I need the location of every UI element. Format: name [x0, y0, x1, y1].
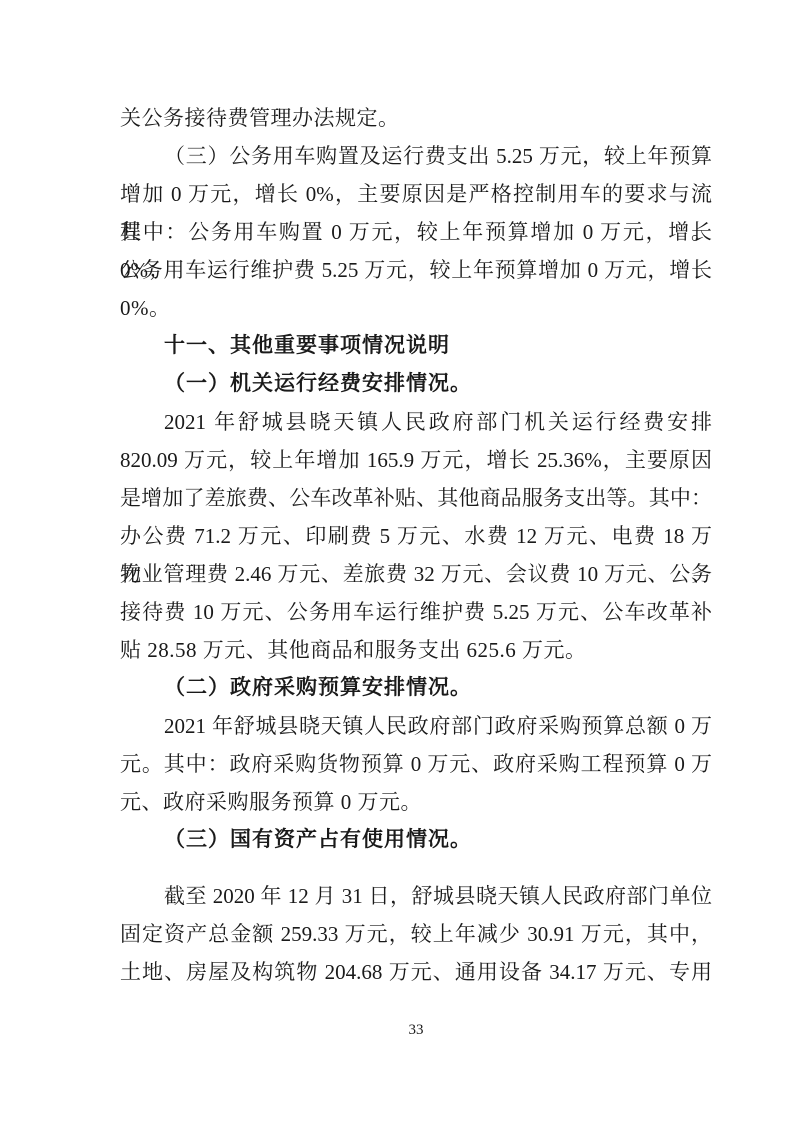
heading-line: 十一、其他重要事项情况说明	[120, 327, 712, 365]
document-body: 关公务接待费管理办法规定。（三）公务用车购置及运行费支出 5.25 万元，较上年…	[120, 99, 712, 991]
text-line: 2021 年舒城县晓天镇人民政府部门政府采购预算总额 0 万	[120, 707, 712, 745]
text-line: 公务用车运行维护费 5.25 万元，较上年预算增加 0 万元，增长	[120, 251, 712, 289]
text-line: 关公务接待费管理办法规定。	[120, 99, 712, 137]
text-line: 截至 2020 年 12 月 31 日，舒城县晓天镇人民政府部门单位	[120, 877, 712, 915]
text-line: 820.09 万元，较上年增加 165.9 万元，增长 25.36%，主要原因	[120, 441, 712, 479]
text-line: 贴 28.58 万元、其他商品和服务支出 625.6 万元。	[120, 631, 712, 669]
document-page: 关公务接待费管理办法规定。（三）公务用车购置及运行费支出 5.25 万元，较上年…	[0, 0, 793, 1122]
text-line: 土地、房屋及构筑物 204.68 万元、通用设备 34.17 万元、专用	[120, 953, 712, 991]
text-line: 其中：公务用车购置 0 万元，较上年预算增加 0 万元，增长 0%；	[120, 213, 712, 251]
heading-line: （二）政府采购预算安排情况。	[120, 669, 712, 707]
text-line: 是增加了差旅费、公车改革补贴、其他商品服务支出等。其中：	[120, 479, 712, 517]
heading-line: （一）机关运行经费安排情况。	[120, 365, 712, 403]
text-line: 元、政府采购服务预算 0 万元。	[120, 783, 712, 821]
text-line: （三）公务用车购置及运行费支出 5.25 万元，较上年预算	[120, 137, 712, 175]
text-line: 元。其中：政府采购货物预算 0 万元、政府采购工程预算 0 万	[120, 745, 712, 783]
text-line: 办公费 71.2 万元、印刷费 5 万元、水费 12 万元、电费 18 万元、	[120, 517, 712, 555]
text-line: 增加 0 万元，增长 0%，主要原因是严格控制用车的要求与流程。	[120, 175, 712, 213]
text-line: 2021 年舒城县晓天镇人民政府部门机关运行经费安排	[120, 403, 712, 441]
text-line: 0%。	[120, 289, 712, 327]
text-line: 固定资产总金额 259.33 万元，较上年减少 30.91 万元，其中，	[120, 915, 712, 953]
page-number: 33	[120, 1022, 712, 1039]
text-line: 接待费 10 万元、公务用车运行维护费 5.25 万元、公车改革补	[120, 593, 712, 631]
text-line: 物业管理费 2.46 万元、差旅费 32 万元、会议费 10 万元、公务	[120, 555, 712, 593]
heading-line: （三）国有资产占有使用情况。	[120, 821, 712, 859]
